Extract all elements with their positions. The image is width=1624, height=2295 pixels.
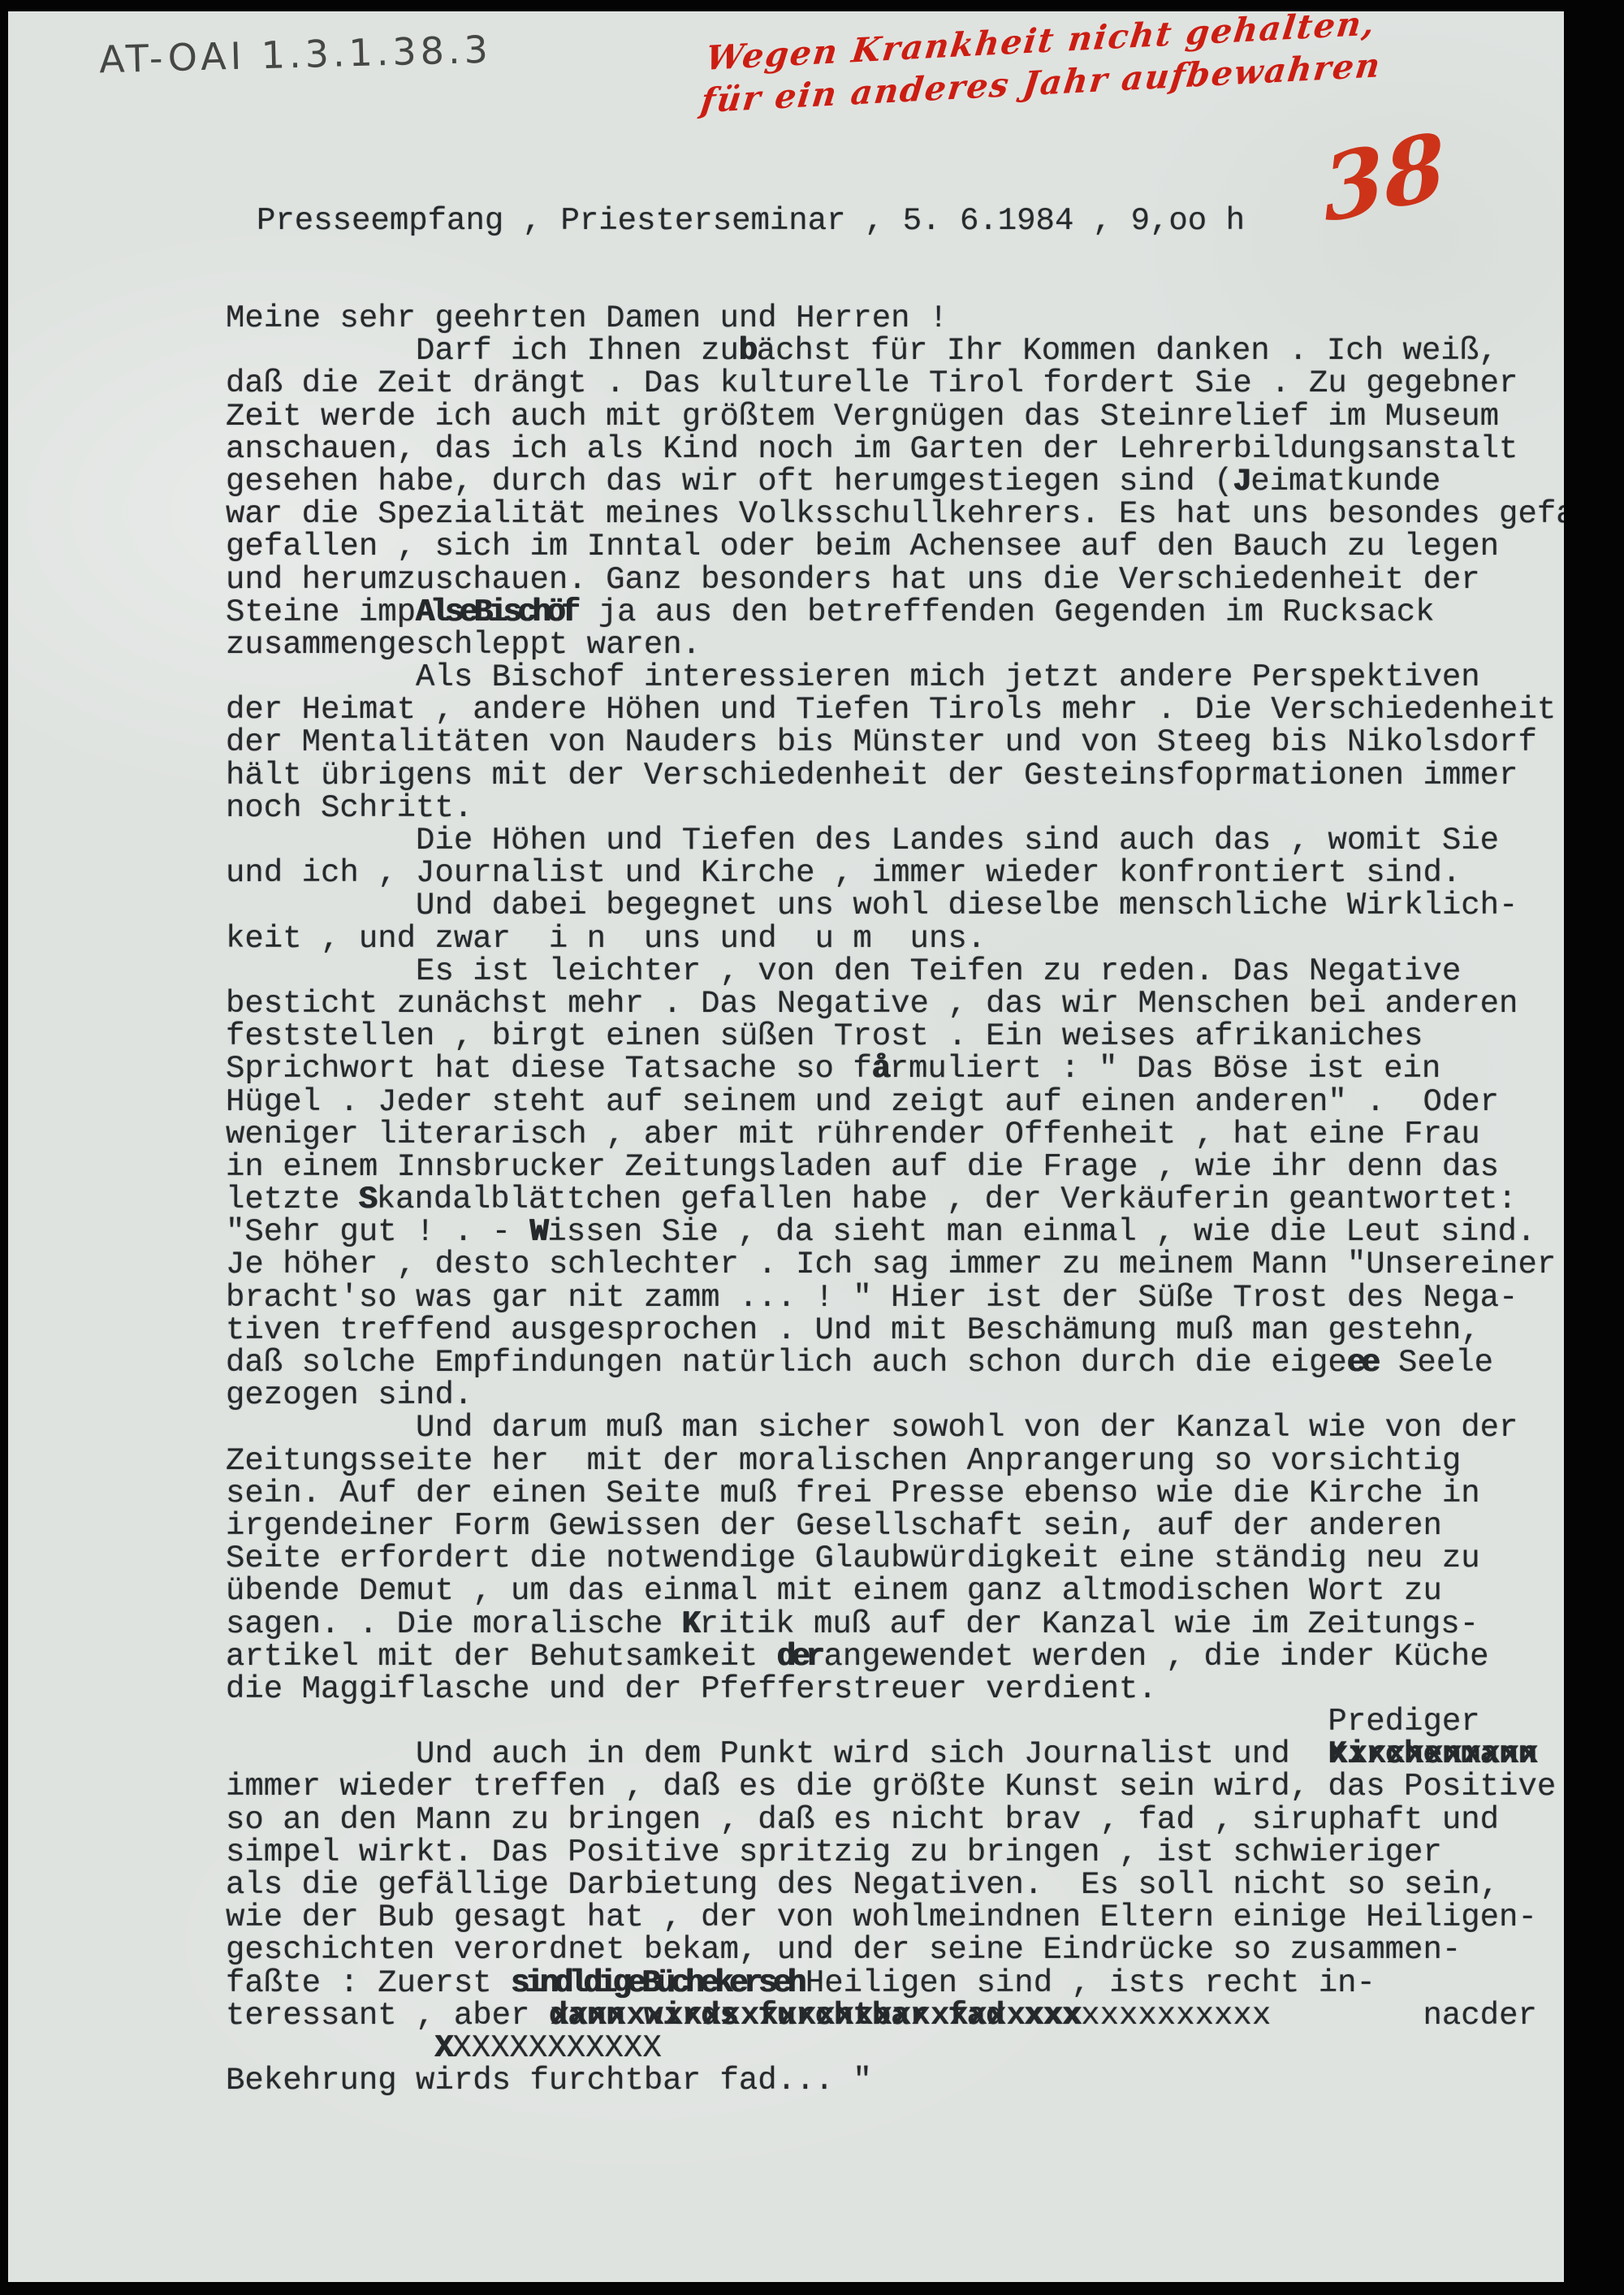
typed-line: übende Demut , um das einmal mit einem g… — [226, 1575, 1564, 1607]
typed-line: und ich , Journalist und Kirche , immer … — [226, 857, 1564, 889]
typed-line: tiven treffend ausgesprochen . Und mit B… — [226, 1314, 1564, 1346]
typed-line: Seite erfordert die notwendige Glaubwürd… — [226, 1542, 1564, 1575]
typed-line: Steine impAlseBischöf ja aus den betreff… — [226, 596, 1564, 629]
typed-line: Zeitungsseite her mit der moralischen An… — [226, 1445, 1564, 1477]
typed-line: daß die Zeit drängt . Das kulturelle Tir… — [226, 367, 1564, 400]
typed-line: die Maggiflasche und der Pfefferstreuer … — [226, 1673, 1564, 1705]
typed-line: der Heimat , andere Höhen und Tiefen Tir… — [226, 694, 1564, 726]
red-page-number-handwriting: 38 — [1319, 112, 1449, 244]
typed-line: letzte Skandalblättchen gefallen habe , … — [226, 1183, 1564, 1216]
typed-line: anschauen, das ich als Kind noch im Gart… — [226, 433, 1564, 465]
typed-line: weniger literarisch , aber mit rührender… — [226, 1118, 1564, 1151]
typed-line: geschichten verordnet bekam, und der sei… — [226, 1934, 1564, 1966]
typed-line: Es ist leichter , von den Teifen zu rede… — [226, 955, 1564, 988]
typed-line: Und dabei begegnet uns wohl dieselbe men… — [226, 889, 1564, 922]
typed-line: irgendeiner Form Gewissen der Gesellscha… — [226, 1510, 1564, 1542]
typed-line: sagen. . Die moralische Kritik muß auf d… — [226, 1608, 1564, 1640]
typed-line: artikel mit der Behutsamkeit derangewend… — [226, 1640, 1564, 1673]
document-page: AT-OAI 1.3.1.38.3 Wegen Krankheit nicht … — [8, 11, 1564, 2282]
typed-line: der Mentalitäten von Nauders bis Münster… — [226, 726, 1564, 759]
typed-line: feststellen , birgt einen süßen Trost . … — [226, 1020, 1564, 1052]
typed-line: Als Bischof interessieren mich jetzt and… — [226, 661, 1564, 694]
typed-line: Und auch in dem Punkt wird sich Journali… — [226, 1738, 1564, 1770]
typed-line: gefallen , sich im Inntal oder beim Ache… — [226, 530, 1564, 563]
typed-line: noch Schritt. — [226, 792, 1564, 824]
typed-line: Sprichwort hat diese Tatsache so fårmuli… — [226, 1052, 1564, 1085]
typed-line: teressant , aber dann wirds furchtbar fa… — [226, 1999, 1564, 2032]
typed-line: war die Spezialität meines Volksschullke… — [226, 498, 1564, 530]
typed-line: Und darum muß man sicher sowohl von der … — [226, 1411, 1564, 1444]
typed-line: wie der Bub gesagt hat , der von wohlmei… — [226, 1901, 1564, 1934]
typed-line: gezogen sind. — [226, 1379, 1564, 1411]
typed-line: daß solche Empfindungen natürlich auch s… — [226, 1346, 1564, 1379]
red-handwritten-note: Wegen Krankheit nicht gehalten, für ein … — [698, 11, 1389, 122]
typed-line: und herumzuschauen. Ganz besonders hat u… — [226, 564, 1564, 596]
typed-line: Je höher , desto schlechter . Ich sag im… — [226, 1248, 1564, 1281]
document-title: Presseempfang , Priesterseminar , 5. 6.1… — [257, 203, 1245, 239]
typed-line: so an den Mann zu bringen , daß es nicht… — [226, 1804, 1564, 1836]
typed-body: Meine sehr geehrten Damen und Herren ! D… — [226, 302, 1564, 2097]
typed-line: immer wieder treffen , daß es die größte… — [226, 1770, 1564, 1803]
typed-line: in einem Innsbrucker Zeitungsladen auf d… — [226, 1151, 1564, 1183]
typed-line: besticht zunächst mehr . Das Negative , … — [226, 988, 1564, 1020]
typed-line: Darf ich Ihnen zubächst für Ihr Kommen d… — [226, 335, 1564, 367]
typed-line: keit , und zwar i n uns und u m uns. — [226, 923, 1564, 955]
typed-line: Die Höhen und Tiefen des Landes sind auc… — [226, 824, 1564, 857]
typed-line: Zeit werde ich auch mit größtem Vergnüge… — [226, 400, 1564, 433]
typed-line: zusammengeschleppt waren. — [226, 629, 1564, 661]
typed-line: Hügel . Jeder steht auf seinem und zeigt… — [226, 1086, 1564, 1118]
typed-line: Prediger — [226, 1705, 1564, 1738]
typed-line: XXXXXXXXXXXX — [226, 2032, 1564, 2064]
typed-line: als die gefällige Darbietung des Negativ… — [226, 1869, 1564, 1901]
typed-line: bracht'so was gar nit zamm ... ! " Hier … — [226, 1281, 1564, 1314]
typed-line: simpel wirkt. Das Positive spritzig zu b… — [226, 1836, 1564, 1869]
typed-line: faßte : Zuerst sindldigeBüchekersehHeili… — [226, 1967, 1564, 1999]
scanned-document: { "annotations": { "archive_ref": "AT-OA… — [0, 0, 1624, 2295]
typed-line: sein. Auf der einen Seite muß frei Press… — [226, 1477, 1564, 1510]
archive-reference-handwriting: AT-OAI 1.3.1.38.3 — [98, 28, 492, 82]
typed-line: Bekehrung wirds furchtbar fad... " — [226, 2064, 1564, 2097]
typed-line: Meine sehr geehrten Damen und Herren ! — [226, 302, 1564, 335]
typed-line: "Sehr gut ! . - Wissen Sie , da sieht ma… — [226, 1216, 1564, 1248]
typed-line: gesehen habe, durch das wir oft herumges… — [226, 465, 1564, 498]
typed-line: hält übrigens mit der Verschiedenheit de… — [226, 759, 1564, 792]
